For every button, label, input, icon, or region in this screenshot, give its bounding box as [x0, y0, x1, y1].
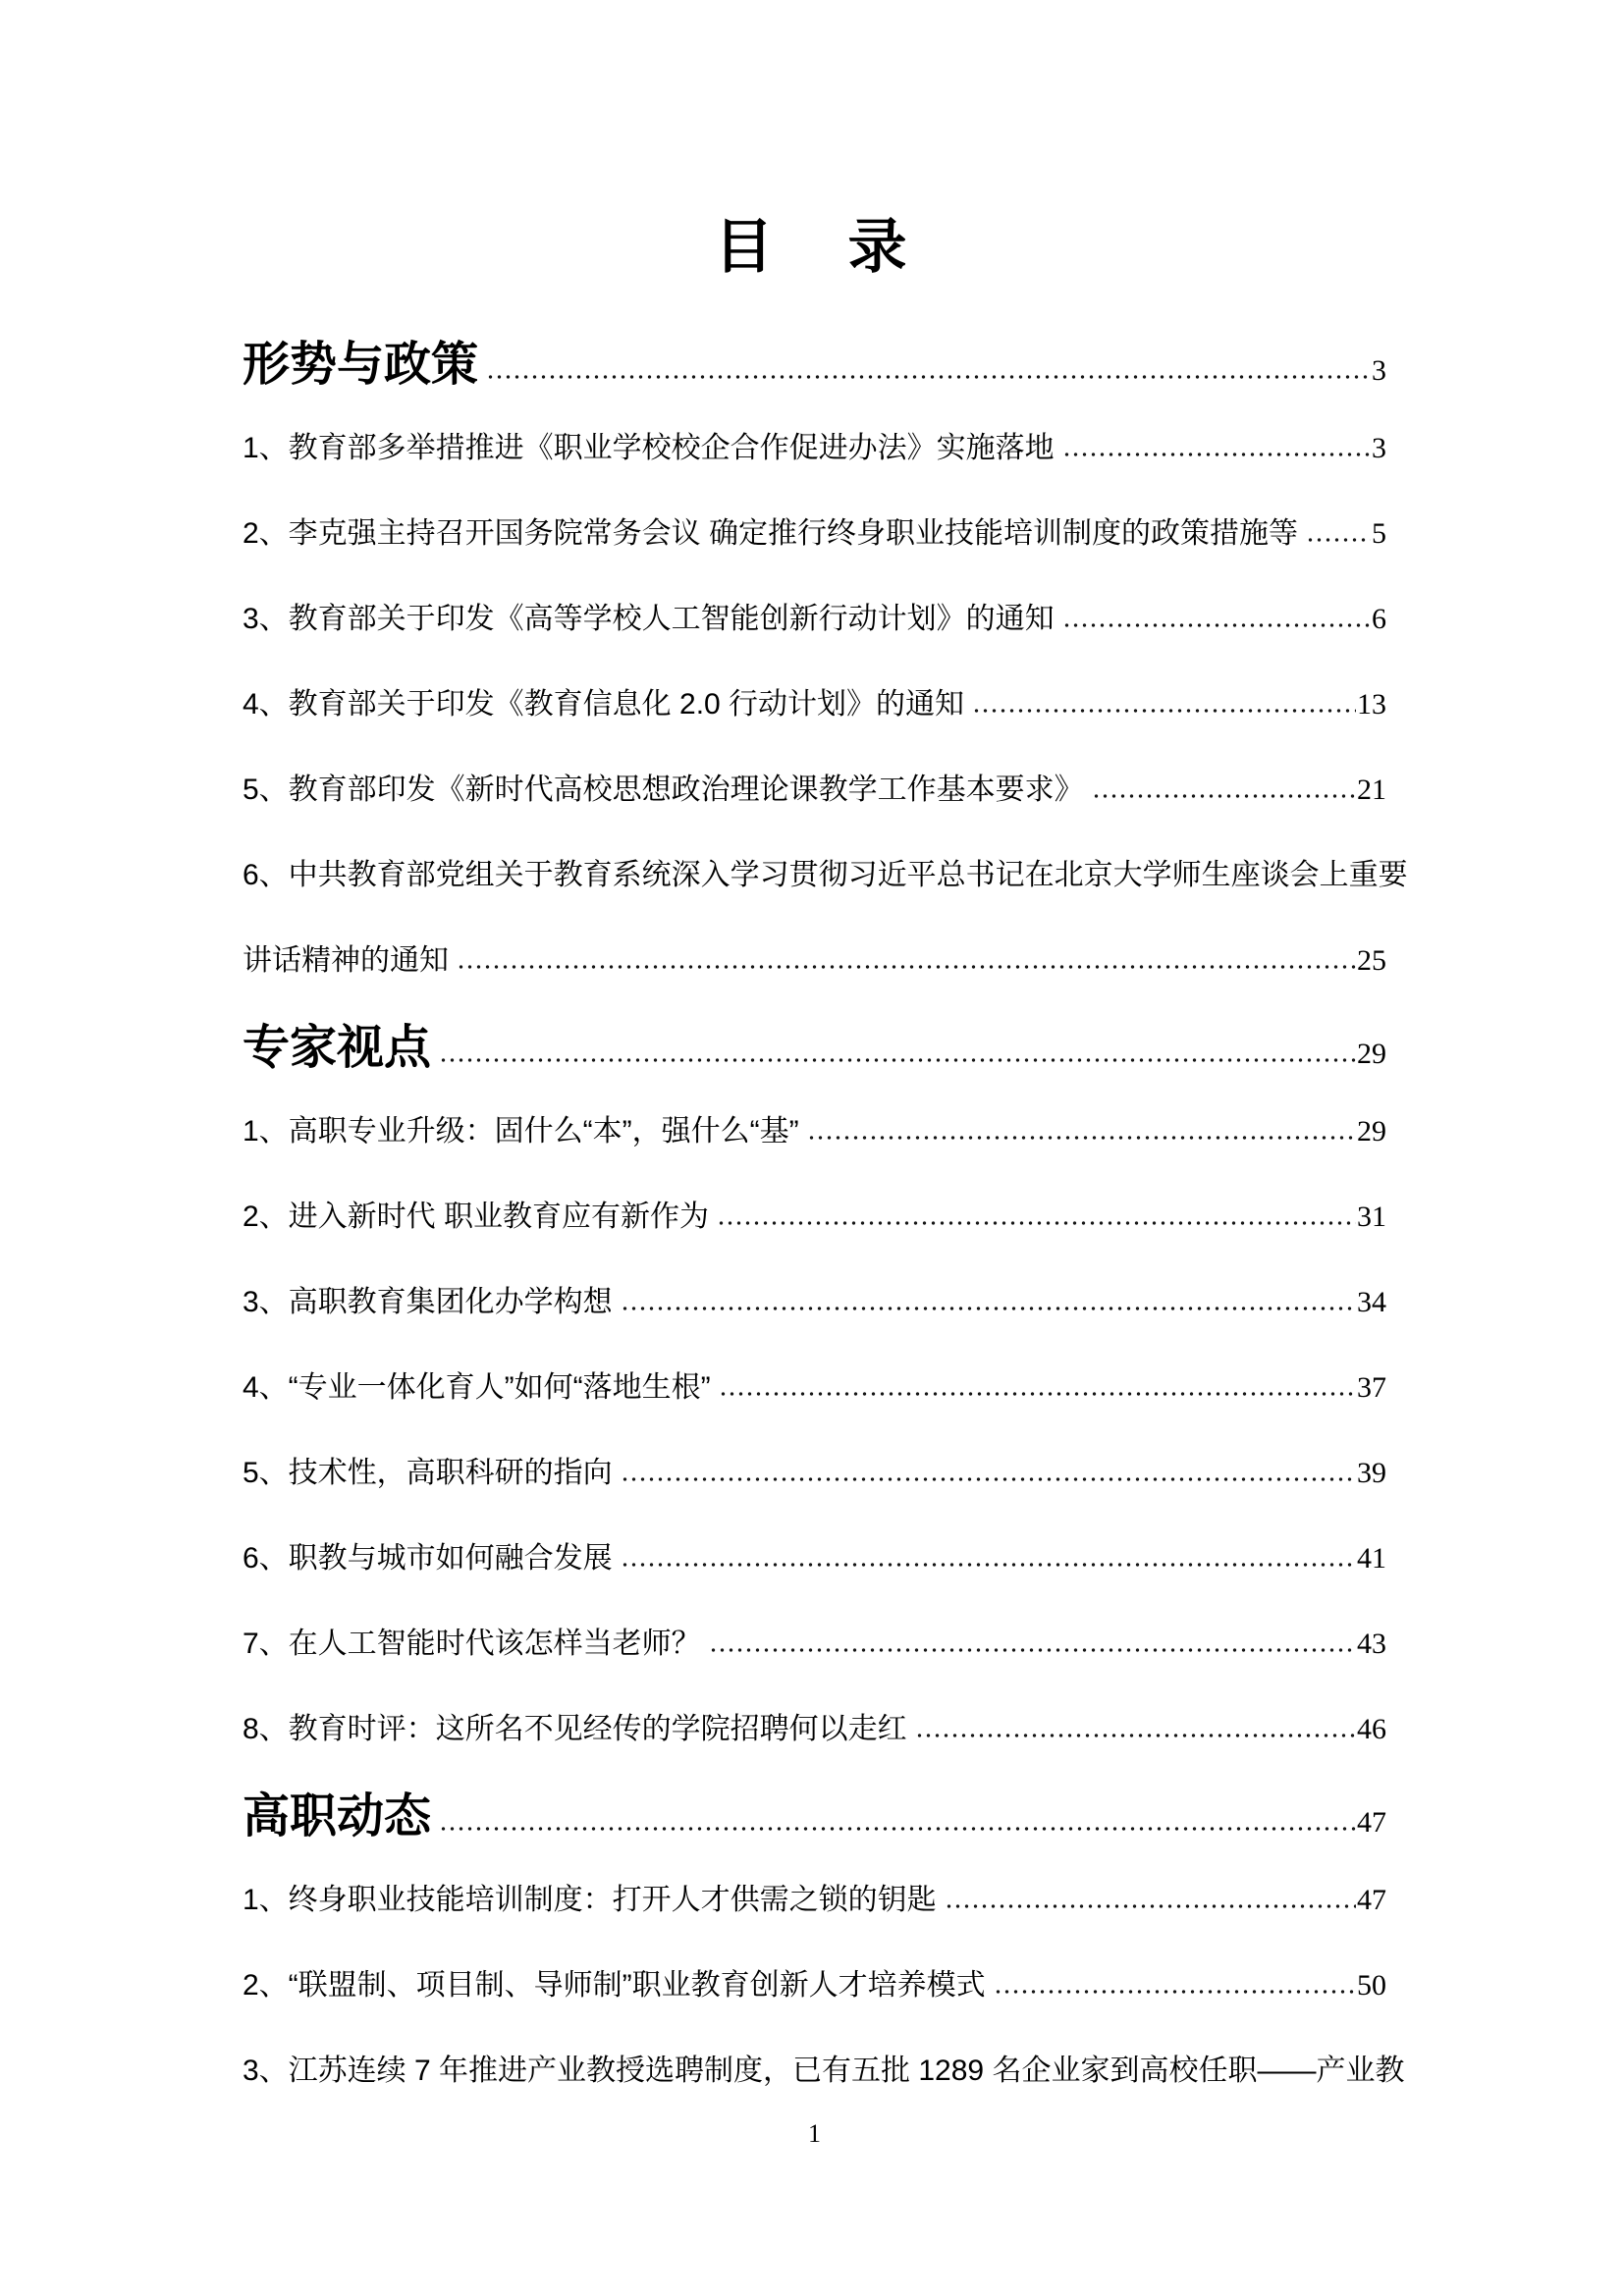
toc-page-number: 47: [1357, 1808, 1386, 1838]
toc-entry[interactable]: 6、中共教育部党组关于教育系统深入学习贯彻习近平总书记在北京大学师生座谈会上重要: [243, 861, 1386, 890]
toc-entry-label: 6、职教与城市如何融合发展: [243, 1544, 613, 1574]
toc-section-heading[interactable]: 专家视点 29: [243, 1025, 1386, 1072]
toc-entry[interactable]: 3、江苏连续 7 年推进产业教授选聘制度，已有五批 1289 名企业家到高校任职…: [243, 2056, 1386, 2086]
toc-entry-label: 6、中共教育部党组关于教育系统深入学习贯彻习近平总书记在北京大学师生座谈会上重要: [243, 861, 1386, 890]
toc-page-number: 34: [1357, 1288, 1386, 1317]
toc-page-number: 37: [1357, 1373, 1386, 1403]
toc-entry-label: 2、进入新时代 职业教育应有新作为: [243, 1202, 709, 1232]
toc-page-number: 46: [1357, 1715, 1386, 1744]
document-page: 目 录 形势与政策 3 1、教育部多举措推进《职业学校校企合作促进办法》实施落地…: [0, 0, 1624, 2296]
toc-entry[interactable]: 1、终身职业技能培训制度：打开人才供需之锁的钥匙 47: [243, 1886, 1386, 1915]
toc-entry[interactable]: 7、在人工智能时代该怎样当老师？ 43: [243, 1629, 1386, 1659]
toc-entry[interactable]: 2、李克强主持召开国务院常务会议 确定推行终身职业技能培训制度的政策措施等 5: [243, 519, 1386, 549]
toc-page-number: 39: [1357, 1459, 1386, 1488]
toc-entry-label: 7、在人工智能时代该怎样当老师？: [243, 1629, 701, 1659]
toc-entry-label: 2、“联盟制、项目制、导师制”职业教育创新人才培养模式: [243, 1971, 986, 2001]
toc-section-heading[interactable]: 高职动态 47: [243, 1793, 1386, 1841]
toc-page-number: 50: [1357, 1971, 1386, 2001]
toc-entry-label: 1、终身职业技能培训制度：打开人才供需之锁的钥匙: [243, 1886, 937, 1915]
toc-page-number: 13: [1357, 690, 1386, 720]
dot-leader: [621, 1476, 1356, 1482]
dot-leader: [719, 1391, 1356, 1397]
toc-page-number: 6: [1372, 605, 1386, 634]
dot-leader: [717, 1220, 1356, 1226]
dot-leader: [994, 1989, 1356, 1995]
toc-entry[interactable]: 3、教育部关于印发《高等学校人工智能创新行动计划》的通知 6: [243, 605, 1386, 634]
toc-entry-label: 1、高职专业升级：固什么“本”，强什么“基”: [243, 1117, 799, 1147]
dot-leader: [439, 1826, 1356, 1832]
toc-entry[interactable]: 讲话精神的通知 25: [243, 946, 1386, 976]
toc-page-number: 25: [1357, 946, 1386, 976]
toc-entry-label: 4、教育部关于印发《教育信息化 2.0 行动计划》的通知: [243, 690, 964, 720]
toc-page-number: 5: [1372, 519, 1386, 549]
toc-entry[interactable]: 8、教育时评：这所名不见经传的学院招聘何以走红 46: [243, 1715, 1386, 1744]
dot-leader: [1092, 793, 1356, 799]
toc-entry-label: 4、“专业一体化育人”如何“落地生根”: [243, 1373, 711, 1403]
dot-leader: [945, 1903, 1356, 1909]
toc-entry-label: 3、教育部关于印发《高等学校人工智能创新行动计划》的通知: [243, 605, 1055, 634]
dot-leader: [915, 1733, 1356, 1738]
toc-entry[interactable]: 6、职教与城市如何融合发展 41: [243, 1544, 1386, 1574]
page-number: 1: [243, 2121, 1386, 2147]
dot-leader: [621, 1562, 1356, 1568]
dot-leader: [457, 964, 1356, 970]
toc-entry[interactable]: 4、教育部关于印发《教育信息化 2.0 行动计划》的通知 13: [243, 690, 1386, 720]
toc-entry[interactable]: 5、技术性，高职科研的指向 39: [243, 1459, 1386, 1488]
toc-page-number: 41: [1357, 1544, 1386, 1574]
dot-leader: [486, 374, 1371, 380]
page-title: 目 录: [243, 218, 1386, 277]
section-heading-label: 形势与政策: [243, 342, 478, 389]
toc-entry[interactable]: 5、教育部印发《新时代高校思想政治理论课教学工作基本要求》 21: [243, 775, 1386, 805]
dot-leader: [807, 1135, 1356, 1141]
dot-leader: [439, 1057, 1356, 1063]
dot-leader: [1062, 452, 1371, 457]
toc-entry[interactable]: 2、“联盟制、项目制、导师制”职业教育创新人才培养模式 50: [243, 1971, 1386, 2001]
toc-entry[interactable]: 1、高职专业升级：固什么“本”，强什么“基” 29: [243, 1117, 1386, 1147]
toc-page-number: 31: [1357, 1202, 1386, 1232]
toc-entry-label-continued: 讲话精神的通知: [243, 946, 449, 976]
toc-entry[interactable]: 1、教育部多举措推进《职业学校校企合作促进办法》实施落地 3: [243, 434, 1386, 463]
toc-page-number: 21: [1357, 775, 1386, 805]
toc-page-number: 3: [1372, 434, 1386, 463]
dot-leader: [709, 1647, 1356, 1653]
toc-entry-label: 2、李克强主持召开国务院常务会议 确定推行终身职业技能培训制度的政策措施等: [243, 519, 1298, 549]
dot-leader: [1062, 622, 1371, 628]
toc-entry-label: 1、教育部多举措推进《职业学校校企合作促进办法》实施落地: [243, 434, 1055, 463]
toc-entry-label: 3、高职教育集团化办学构想: [243, 1288, 613, 1317]
toc-page-number: 29: [1357, 1117, 1386, 1147]
toc-entry-label: 5、技术性，高职科研的指向: [243, 1459, 613, 1488]
section-heading-label: 专家视点: [243, 1025, 431, 1072]
section-heading-label: 高职动态: [243, 1793, 431, 1841]
toc-entry-label: 8、教育时评：这所名不见经传的学院招聘何以走红: [243, 1715, 907, 1744]
toc-page-number: 29: [1357, 1040, 1386, 1069]
toc-entry-label: 3、江苏连续 7 年推进产业教授选聘制度，已有五批 1289 名企业家到高校任职…: [243, 2056, 1386, 2086]
toc-entry[interactable]: 3、高职教育集团化办学构想 34: [243, 1288, 1386, 1317]
toc-entry[interactable]: 2、进入新时代 职业教育应有新作为 31: [243, 1202, 1386, 1232]
toc-entry-label: 5、教育部印发《新时代高校思想政治理论课教学工作基本要求》: [243, 775, 1084, 805]
dot-leader: [972, 708, 1356, 714]
dot-leader: [621, 1306, 1356, 1311]
toc-section-heading[interactable]: 形势与政策 3: [243, 342, 1386, 389]
toc-entry[interactable]: 4、“专业一体化育人”如何“落地生根” 37: [243, 1373, 1386, 1403]
toc-page-number: 3: [1372, 356, 1386, 386]
dot-leader: [1306, 537, 1371, 543]
toc-page-number: 43: [1357, 1629, 1386, 1659]
toc-page-number: 47: [1357, 1886, 1386, 1915]
